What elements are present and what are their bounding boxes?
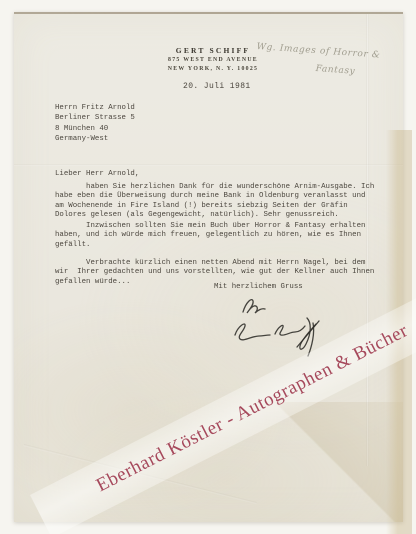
letter-date: 20. Juli 1981 bbox=[183, 82, 251, 91]
body-paragraph-2: Inzwischen sollten Sie mein Buch über Ho… bbox=[55, 222, 365, 250]
recipient-address: Herrn Fritz Arnold Berliner Strasse 5 8 … bbox=[55, 103, 135, 145]
letterhead-address-line2: NEW YORK, N. Y. 10025 bbox=[122, 66, 304, 72]
scanned-letter: GERT SCHIFF 875 WEST END AVENUE NEW YORK… bbox=[0, 0, 416, 534]
letterhead-address-line1: 875 WEST END AVENUE bbox=[122, 57, 304, 63]
vertical-crease bbox=[366, 14, 369, 466]
body-paragraph-1: haben Sie herzlichen Dank für die wunder… bbox=[55, 183, 374, 221]
horizontal-crease bbox=[14, 164, 403, 166]
salutation: Lieber Herr Arnold, bbox=[55, 170, 139, 179]
pencil-annotation-line2: Fantasy bbox=[315, 64, 355, 77]
